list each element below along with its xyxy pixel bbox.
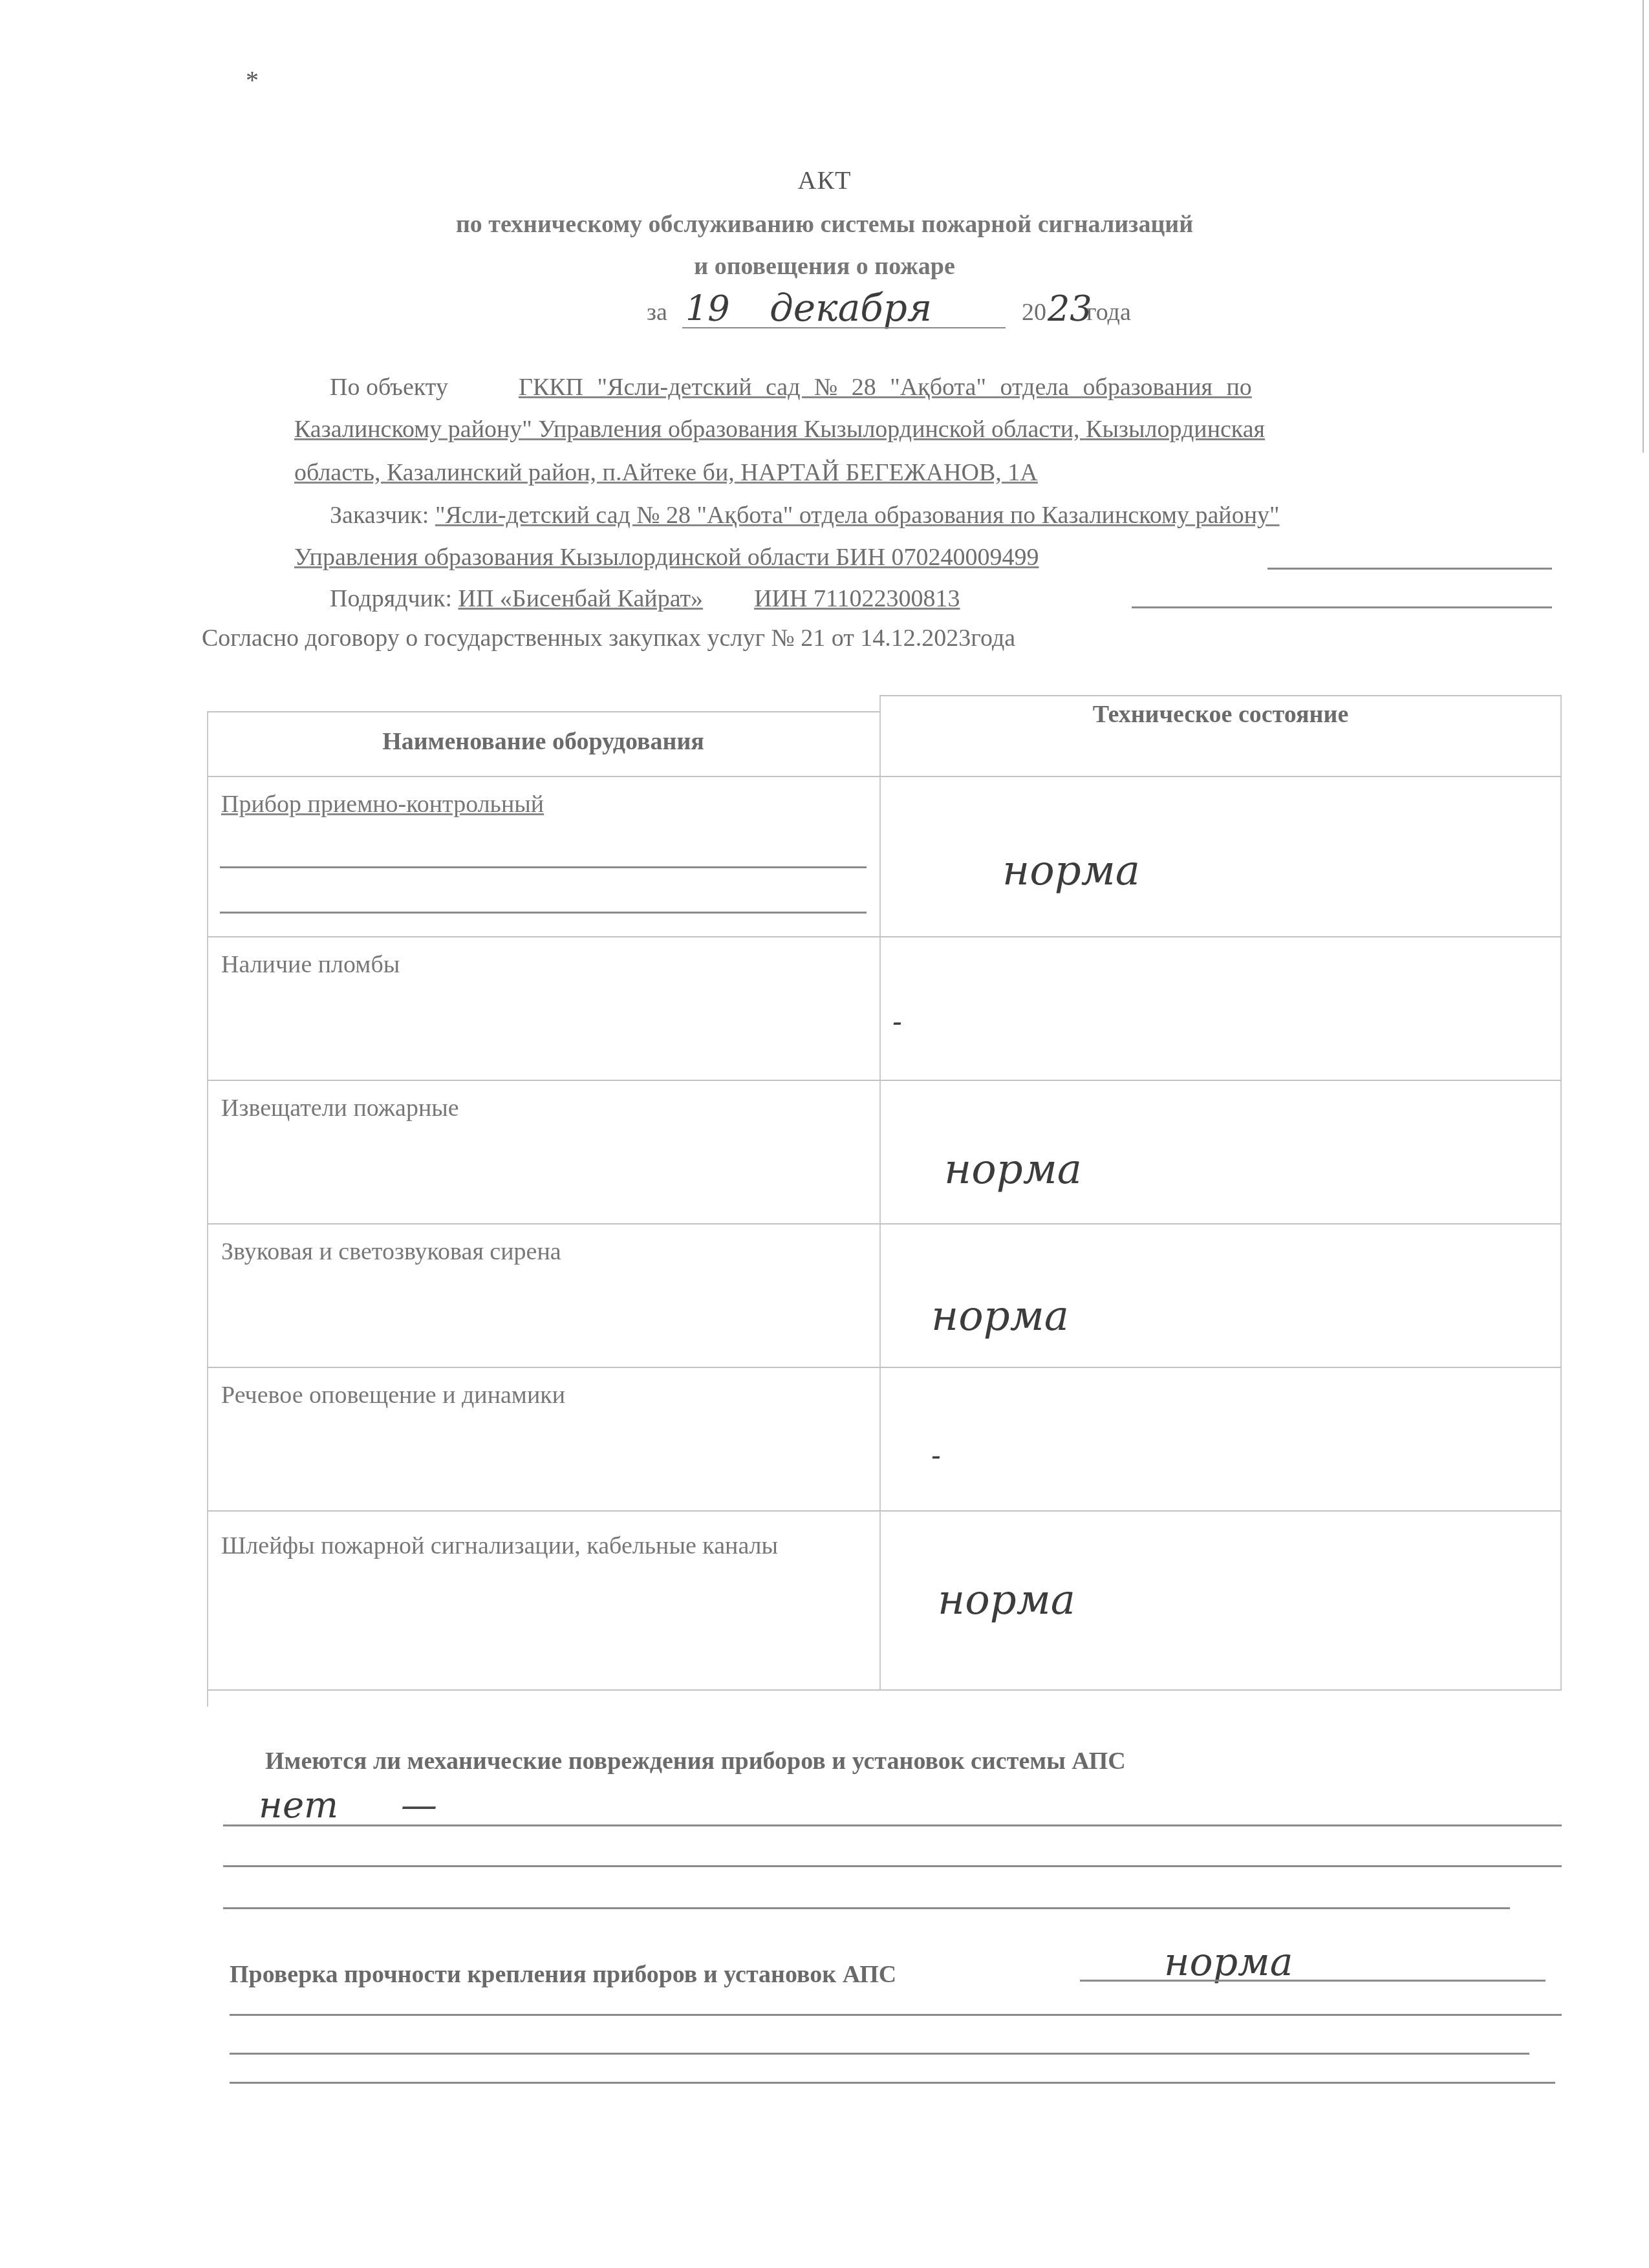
- table-header-status: Техническое состояние: [879, 700, 1562, 729]
- object-line3: область, Казалинский район, п.Айтеке би,…: [294, 460, 1038, 485]
- contractor-iin: ИИН 711022300813: [754, 585, 960, 612]
- date-month: декабря: [770, 286, 932, 330]
- object-line2: Казалинскому району" Управления образова…: [294, 417, 1265, 442]
- row-equipment-name: Наличие пломбы: [221, 950, 400, 979]
- contract-reference: Согласно договору о государственных заку…: [202, 626, 1015, 650]
- damage-question: Имеются ли механические повреждения приб…: [265, 1749, 1126, 1773]
- row-status: -: [892, 1005, 902, 1038]
- mount-question: Проверка прочности крепления приборов и …: [230, 1962, 896, 1987]
- date-year-suffix: 23: [1048, 288, 1092, 329]
- date-day: 19: [685, 288, 730, 329]
- corner-mark: *: [246, 65, 259, 95]
- mount-answer: норма: [1164, 1940, 1293, 1985]
- equipment-table: Наименование оборудования Техническое со…: [207, 695, 1562, 1707]
- document-title: АКТ: [0, 165, 1649, 195]
- document-subtitle-line1: по техническому обслуживанию системы пож…: [0, 210, 1649, 239]
- row-equipment-name: Звуковая и светозвуковая сирена: [221, 1237, 561, 1266]
- object-name: ГККП "Ясли-детский сад № 28 "Ақбота" отд…: [519, 374, 1252, 401]
- row-equipment-name: Прибор приемно-контрольный: [221, 790, 544, 818]
- object-label: По объекту: [330, 374, 448, 401]
- contractor-label: Подрядчик:: [330, 585, 452, 612]
- table-row: Наличие пломбы -: [207, 937, 1562, 1081]
- contractor-line: Подрядчик: ИП «Бисенбай Кайрат» ИИН 7110…: [330, 586, 960, 611]
- table-row: Звуковая и светозвуковая сирена норма: [207, 1225, 1562, 1368]
- row-equipment-name: Извещатели пожарные: [221, 1094, 459, 1122]
- row-status: норма: [931, 1292, 1069, 1340]
- row-status: норма: [1002, 847, 1140, 895]
- row-status: норма: [944, 1146, 1082, 1193]
- row-status: -: [931, 1439, 941, 1472]
- table-header-equipment: Наименование оборудования: [207, 727, 879, 756]
- customer-line2: Управления образования Кызылординской об…: [294, 545, 1039, 570]
- customer-label: Заказчик:: [330, 502, 429, 529]
- table-row: Прибор приемно-контрольный норма: [207, 776, 1562, 937]
- date-prefix: за: [647, 300, 667, 325]
- date-year-prefix: 20: [1022, 300, 1046, 325]
- table-row: Извещатели пожарные норма: [207, 1081, 1562, 1225]
- row-status: норма: [938, 1576, 1075, 1624]
- object-line1: По объекту ГККП "Ясли-детский сад № 28 "…: [330, 375, 1558, 400]
- document-subtitle-line2: и оповещения о пожаре: [0, 252, 1649, 281]
- row-equipment-name: Шлейфы пожарной сигнализации, кабельные …: [221, 1530, 861, 1563]
- row-equipment-name: Речевое оповещение и динамики: [221, 1381, 565, 1409]
- document-date: за 19 декабря 20 23 года: [647, 291, 1164, 330]
- damage-answer: нет: [259, 1784, 338, 1826]
- customer-name: "Ясли-детский сад № 28 "Ақбота" отдела о…: [435, 502, 1280, 529]
- table-row: Речевое оповещение и динамики -: [207, 1368, 1562, 1512]
- damage-answer-dash: —: [401, 1784, 437, 1826]
- contractor-name: ИП «Бисенбай Кайрат»: [458, 585, 703, 612]
- table-row: Шлейфы пожарной сигнализации, кабельные …: [207, 1512, 1562, 1691]
- customer-line1: Заказчик: "Ясли-детский сад № 28 "Ақбота…: [330, 503, 1280, 528]
- date-suffix: года: [1086, 300, 1131, 325]
